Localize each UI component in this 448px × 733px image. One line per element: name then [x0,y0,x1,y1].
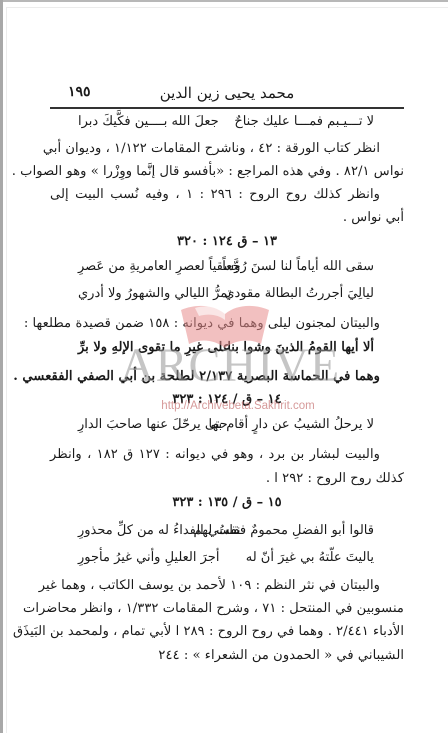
section-heading-15: ١٥ – ق / ١٣٥ : ٣٢٣ [50,495,404,510]
page-number: ١٩٥ [68,84,91,100]
verse-second-hemistich: جعلَ الله بــــين فكَّيكَ دبرا [78,114,219,129]
verse-first-hemistich: ليالِيَ أجررتُ البطالة مقودي [224,286,374,301]
paragraph-line: وانظر كذلك روح الروح : ٢٩٦ : ١ ، وفيه نُ… [50,184,404,206]
frame-inner-line [6,7,7,733]
running-title: محمد يحيى زين الدين [50,84,404,102]
verse-second-hemistich: وسقياً لعصرِ العامريةِ من عَصرِ [78,259,240,274]
paragraph-line: والبيتان في نثر النظم : ١٠٩ لأحمد بن يوس… [50,575,404,597]
paragraph-line: نواس ٨٢/١ . وفي هذه المراجع : «بأفسو قال… [50,161,404,183]
watermark-text: ARCHIVE [115,338,345,393]
paragraph-line: كذلك روح الروح : ٢٩٢ ا . [50,468,404,490]
verse-second-hemistich: نفسي الفداءُ له من كلِّ محذورِ [78,523,241,538]
paragraph-line: منسوبين في المنتحل : ٧١ ، وشرح المقامات … [50,598,404,620]
verse-line: لا تـــيـبم فمـــا عليك جناحٌ جعلَ الله … [50,114,404,136]
verse-second-hemistich: أجرَ العليلِ وأني غيرُ مأجورِ [78,550,219,565]
verse-first-hemistich: ياليتَ علّتهُ بي غيرَ أنّ له [246,550,374,565]
paragraph-line: الشيباني في « الحمدون من الشعراء » : ٢٤٤ [50,645,404,667]
paragraph-line: والبيت لبشار بن برد ، وهو في ديوانه : ١٢… [50,444,404,466]
frame-inner-line [6,7,448,8]
verse-first-hemistich: لا تـــيـبم فمـــا عليك جناحٌ [234,114,374,129]
verse-first-hemistich: سقى الله أياماً لنا لسنَ رُجَّعاً [222,259,374,274]
paragraph-line: انظر كتاب الورقة : ٤٢ ، وناشرح المقامات … [50,138,404,160]
frame-border-top [0,0,448,2]
watermark-url: http://Archivebeta.Sakhrit.com [138,400,338,412]
verse-first-hemistich: لا يرحلُ الشيبُ عن دارٍ أقام بها [209,417,374,432]
verse-line: قالوا أبو الفضلِ محمومٌ فقلتُ لهم نفسي ا… [50,523,404,545]
section-heading-13: ١٣ – ق ١٢٤ : ٣٢٠ [50,234,404,249]
header-rule [50,107,404,109]
verse-line: ياليتَ علّتهُ بي غيرَ أنّ له أجرَ العليل… [50,550,404,572]
frame-border-left [0,0,3,733]
paragraph-line: أبي نواس . [50,207,404,229]
running-header: محمد يحيى زين الدين ١٩٥ [50,84,404,106]
verse-second-hemistich: حتى يرحّلَ عنها صاحبَ الدارِ [78,417,228,432]
verse-line: سقى الله أياماً لنا لسنَ رُجَّعاً وسقياً… [50,259,404,281]
paragraph-line: الأدباء ٢/٤٤١ . وهما في روح الروح : ٢٨٩ … [50,621,404,643]
verse-second-hemistich: تمرُّ الليالي والشهورُ ولا أدري [78,286,231,301]
verse-line: لا يرحلُ الشيبُ عن دارٍ أقام بها حتى يرح… [50,417,404,439]
